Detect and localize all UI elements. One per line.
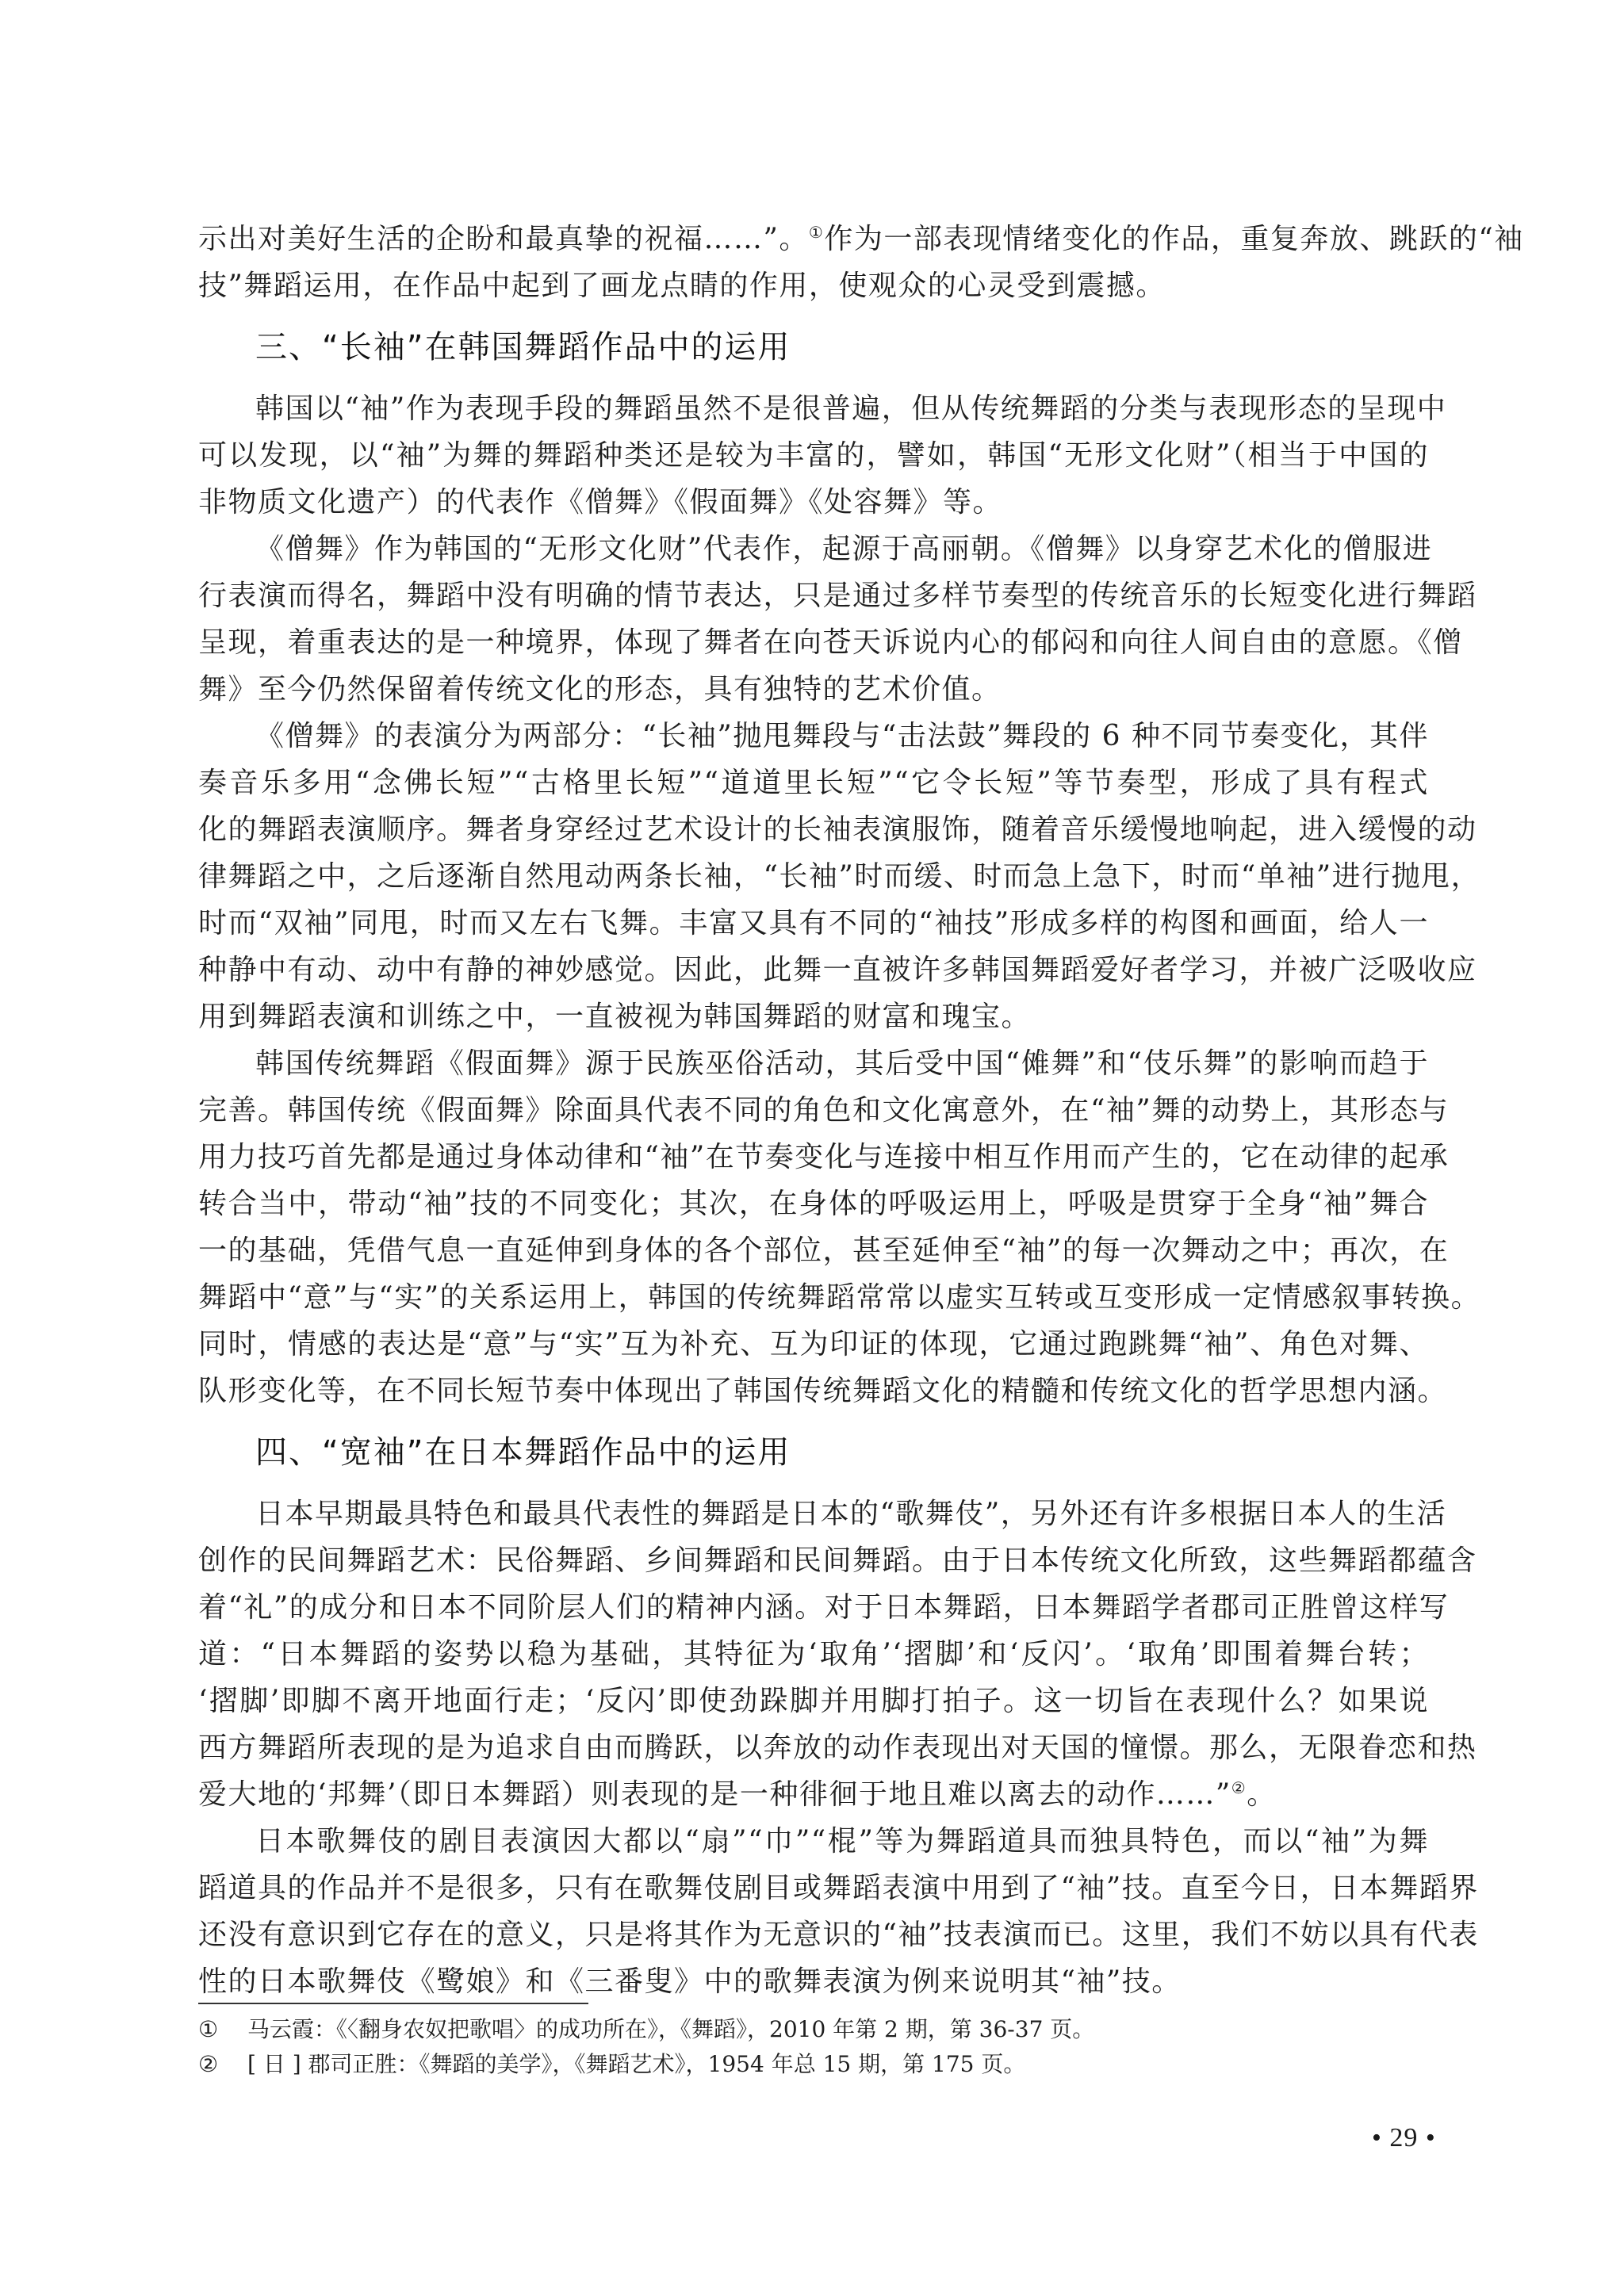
text-line: 队形变化等，在不同长短节奏中体现出了韩国传统舞蹈文化的精髓和传统文化的哲学思想内… bbox=[198, 1368, 1429, 1414]
text-line: 爱大地的‘邦舞’（即日本舞蹈）则表现的是一种徘徊于地且难以离去的动作……”②。 bbox=[198, 1771, 1429, 1818]
footnote-text: 马云霞：《〈翻身农奴把歌唱〉的成功所在》，《舞蹈》，2010 年第 2 期，第 … bbox=[247, 2016, 1094, 2042]
page-body: 示出对美好生活的企盼和最真挚的祝福……”。①作为一部表现情绪变化的作品，重复奔放… bbox=[198, 216, 1435, 2005]
text-line: 《僧舞》的表演分为两部分：“长袖”抛甩舞段与“击法鼓”舞段的 6 种不同节奏变化… bbox=[198, 713, 1429, 760]
text-line: ‘摺脚’即脚不离开地面行走；‘反闪’即使劲跺脚并用脚打拍子。这一切旨在表现什么？… bbox=[198, 1678, 1429, 1724]
footnote-marker: ① bbox=[198, 2012, 247, 2047]
text-line: 用力技巧首先都是通过身体动律和“袖”在节奏变化与连接中相互作用而产生的，它在动律… bbox=[198, 1134, 1429, 1181]
text-line: 韩国传统舞蹈《假面舞》源于民族巫俗活动，其后受中国“傩舞”和“伎乐舞”的影响而趋… bbox=[198, 1040, 1429, 1087]
footnotes: ①马云霞：《〈翻身农奴把歌唱〉的成功所在》，《舞蹈》，2010 年第 2 期，第… bbox=[198, 2012, 1435, 2082]
text-fragment: 爱大地的‘邦舞’（即日本舞蹈）则表现的是一种徘徊于地且难以离去的动作……” bbox=[198, 1778, 1231, 1811]
text-line: 种静中有动、动中有静的神妙感觉。因此，此舞一直被许多韩国舞蹈爱好者学习，并被广泛… bbox=[198, 947, 1429, 993]
text-line: 技”舞蹈运用，在作品中起到了画龙点睛的作用，使观众的心灵受到震撼。 bbox=[198, 262, 1429, 309]
text-line: 还没有意识到它存在的意义，只是将其作为无意识的“袖”技表演而已。这里，我们不妨以… bbox=[198, 1911, 1429, 1958]
text-line: 舞》至今仍然保留着传统文化的形态，具有独特的艺术价值。 bbox=[198, 666, 1429, 713]
footnote-2: ②[ 日 ] 郡司正胜：《舞蹈的美学》，《舞蹈艺术》，1954 年总 15 期，… bbox=[198, 2047, 1435, 2082]
text-fragment: 示出对美好生活的企盼和最真挚的祝福……”。 bbox=[198, 223, 809, 255]
text-line: 着“礼”的成分和日本不同阶层人们的精神内涵。对于日本舞蹈，日本舞蹈学者郡司正胜曾… bbox=[198, 1584, 1429, 1631]
page-number: • 29 • bbox=[1372, 2123, 1436, 2153]
footnote-ref-2[interactable]: ② bbox=[1231, 1778, 1247, 1797]
text-line: 转合当中，带动“袖”技的不同变化；其次，在身体的呼吸运用上，呼吸是贯穿于全身“袖… bbox=[198, 1181, 1429, 1227]
footnote-1: ①马云霞：《〈翻身农奴把歌唱〉的成功所在》，《舞蹈》，2010 年第 2 期，第… bbox=[198, 2012, 1435, 2047]
paragraph: 日本歌舞伎的剧目表演因大都以“扇”“巾”“棍”等为舞蹈道具而独具特色，而以“袖”… bbox=[198, 1818, 1435, 2005]
text-line: 律舞蹈之中，之后逐渐自然甩动两条长袖，“长袖”时而缓、时而急上急下，时而“单袖”… bbox=[198, 853, 1429, 900]
text-line: 呈现，着重表达的是一种境界，体现了舞者在向苍天诉说内心的郁闷和向往人间自由的意愿… bbox=[198, 619, 1429, 666]
text-line: 非物质文化遗产）的代表作《僧舞》《假面舞》《处容舞》等。 bbox=[198, 479, 1429, 526]
paragraph: 韩国以“袖”作为表现手段的舞蹈虽然不是很普遍，但从传统舞蹈的分类与表现形态的呈现… bbox=[198, 385, 1435, 526]
text-line: 创作的民间舞蹈艺术：民俗舞蹈、乡间舞蹈和民间舞蹈。由于日本传统文化所致，这些舞蹈… bbox=[198, 1537, 1429, 1584]
footnote-marker: ② bbox=[198, 2047, 247, 2082]
text-line: 日本歌舞伎的剧目表演因大都以“扇”“巾”“棍”等为舞蹈道具而独具特色，而以“袖”… bbox=[198, 1818, 1429, 1865]
text-line: 日本早期最具特色和最具代表性的舞蹈是日本的“歌舞伎”，另外还有许多根据日本人的生… bbox=[198, 1490, 1429, 1537]
text-line: 用到舞蹈表演和训练之中，一直被视为韩国舞蹈的财富和瑰宝。 bbox=[198, 993, 1429, 1040]
text-line: 蹈道具的作品并不是很多，只有在歌舞伎剧目或舞蹈表演中用到了“袖”技。直至今日，日… bbox=[198, 1865, 1429, 1911]
text-line: 完善。韩国传统《假面舞》除面具代表不同的角色和文化寓意外，在“袖”舞的动势上，其… bbox=[198, 1087, 1429, 1134]
intro-paragraph: 示出对美好生活的企盼和最真挚的祝福……”。①作为一部表现情绪变化的作品，重复奔放… bbox=[198, 216, 1435, 309]
text-line: 韩国以“袖”作为表现手段的舞蹈虽然不是很普遍，但从传统舞蹈的分类与表现形态的呈现… bbox=[198, 385, 1429, 432]
text-line: 舞蹈中“意”与“实”的关系运用上，韩国的传统舞蹈常常以虚实互转或互变形成一定情感… bbox=[198, 1274, 1429, 1321]
text-line: 奏音乐多用“念佛长短”“古格里长短”“道道里长短”“它令长短”等节奏型，形成了具… bbox=[198, 760, 1429, 806]
text-line: 同时，情感的表达是“意”与“实”互为补充、互为印证的体现，它通过跑跳舞“袖”、角… bbox=[198, 1321, 1429, 1368]
text-line: 性的日本歌舞伎《鹭娘》和《三番叟》中的歌舞表演为例来说明其“袖”技。 bbox=[198, 1958, 1429, 2005]
text-fragment: 。 bbox=[1247, 1778, 1277, 1811]
paragraph: 日本早期最具特色和最具代表性的舞蹈是日本的“歌舞伎”，另外还有许多根据日本人的生… bbox=[198, 1490, 1435, 1818]
text-line: 道：“日本舞蹈的姿势以稳为基础，其特征为‘取角’‘摺脚’和‘反闪’。‘取角’即围… bbox=[198, 1631, 1429, 1678]
text-fragment: 作为一部表现情绪变化的作品，重复奔放、跳跃的“袖 bbox=[824, 223, 1523, 255]
text-line: 可以发现，以“袖”为舞的舞蹈种类还是较为丰富的，譬如，韩国“无形文化财”（相当于… bbox=[198, 432, 1429, 479]
text-line: 一的基础，凭借气息一直延伸到身体的各个部位，甚至延伸至“袖”的每一次舞动之中；再… bbox=[198, 1227, 1429, 1274]
text-line: 行表演而得名，舞蹈中没有明确的情节表达，只是通过多样节奏型的传统音乐的长短变化进… bbox=[198, 572, 1429, 619]
footnote-ref-1[interactable]: ① bbox=[809, 223, 824, 242]
footnote-divider bbox=[198, 2003, 588, 2004]
text-line: 示出对美好生活的企盼和最真挚的祝福……”。①作为一部表现情绪变化的作品，重复奔放… bbox=[198, 216, 1429, 262]
section-heading-4: 四、“宽袖”在日本舞蹈作品中的运用 bbox=[198, 1421, 1435, 1484]
text-line: 时而“双袖”同甩，时而又左右飞舞。丰富又具有不同的“袖技”形成多样的构图和画面，… bbox=[198, 900, 1429, 947]
text-line: 《僧舞》作为韩国的“无形文化财”代表作，起源于高丽朝。《僧舞》以身穿艺术化的僧服… bbox=[198, 526, 1429, 572]
text-line: 化的舞蹈表演顺序。舞者身穿经过艺术设计的长袖表演服饰，随着音乐缓慢地响起，进入缓… bbox=[198, 806, 1429, 853]
paragraph: 《僧舞》作为韩国的“无形文化财”代表作，起源于高丽朝。《僧舞》以身穿艺术化的僧服… bbox=[198, 526, 1435, 713]
footnote-text: [ 日 ] 郡司正胜：《舞蹈的美学》，《舞蹈艺术》，1954 年总 15 期，第… bbox=[247, 2051, 1025, 2077]
paragraph: 韩国传统舞蹈《假面舞》源于民族巫俗活动，其后受中国“傩舞”和“伎乐舞”的影响而趋… bbox=[198, 1040, 1435, 1414]
paragraph: 《僧舞》的表演分为两部分：“长袖”抛甩舞段与“击法鼓”舞段的 6 种不同节奏变化… bbox=[198, 713, 1435, 1040]
text-line: 西方舞蹈所表现的是为追求自由而腾跃，以奔放的动作表现出对天国的憧憬。那么，无限眷… bbox=[198, 1724, 1429, 1771]
section-heading-3: 三、“长袖”在韩国舞蹈作品中的运用 bbox=[198, 316, 1435, 379]
